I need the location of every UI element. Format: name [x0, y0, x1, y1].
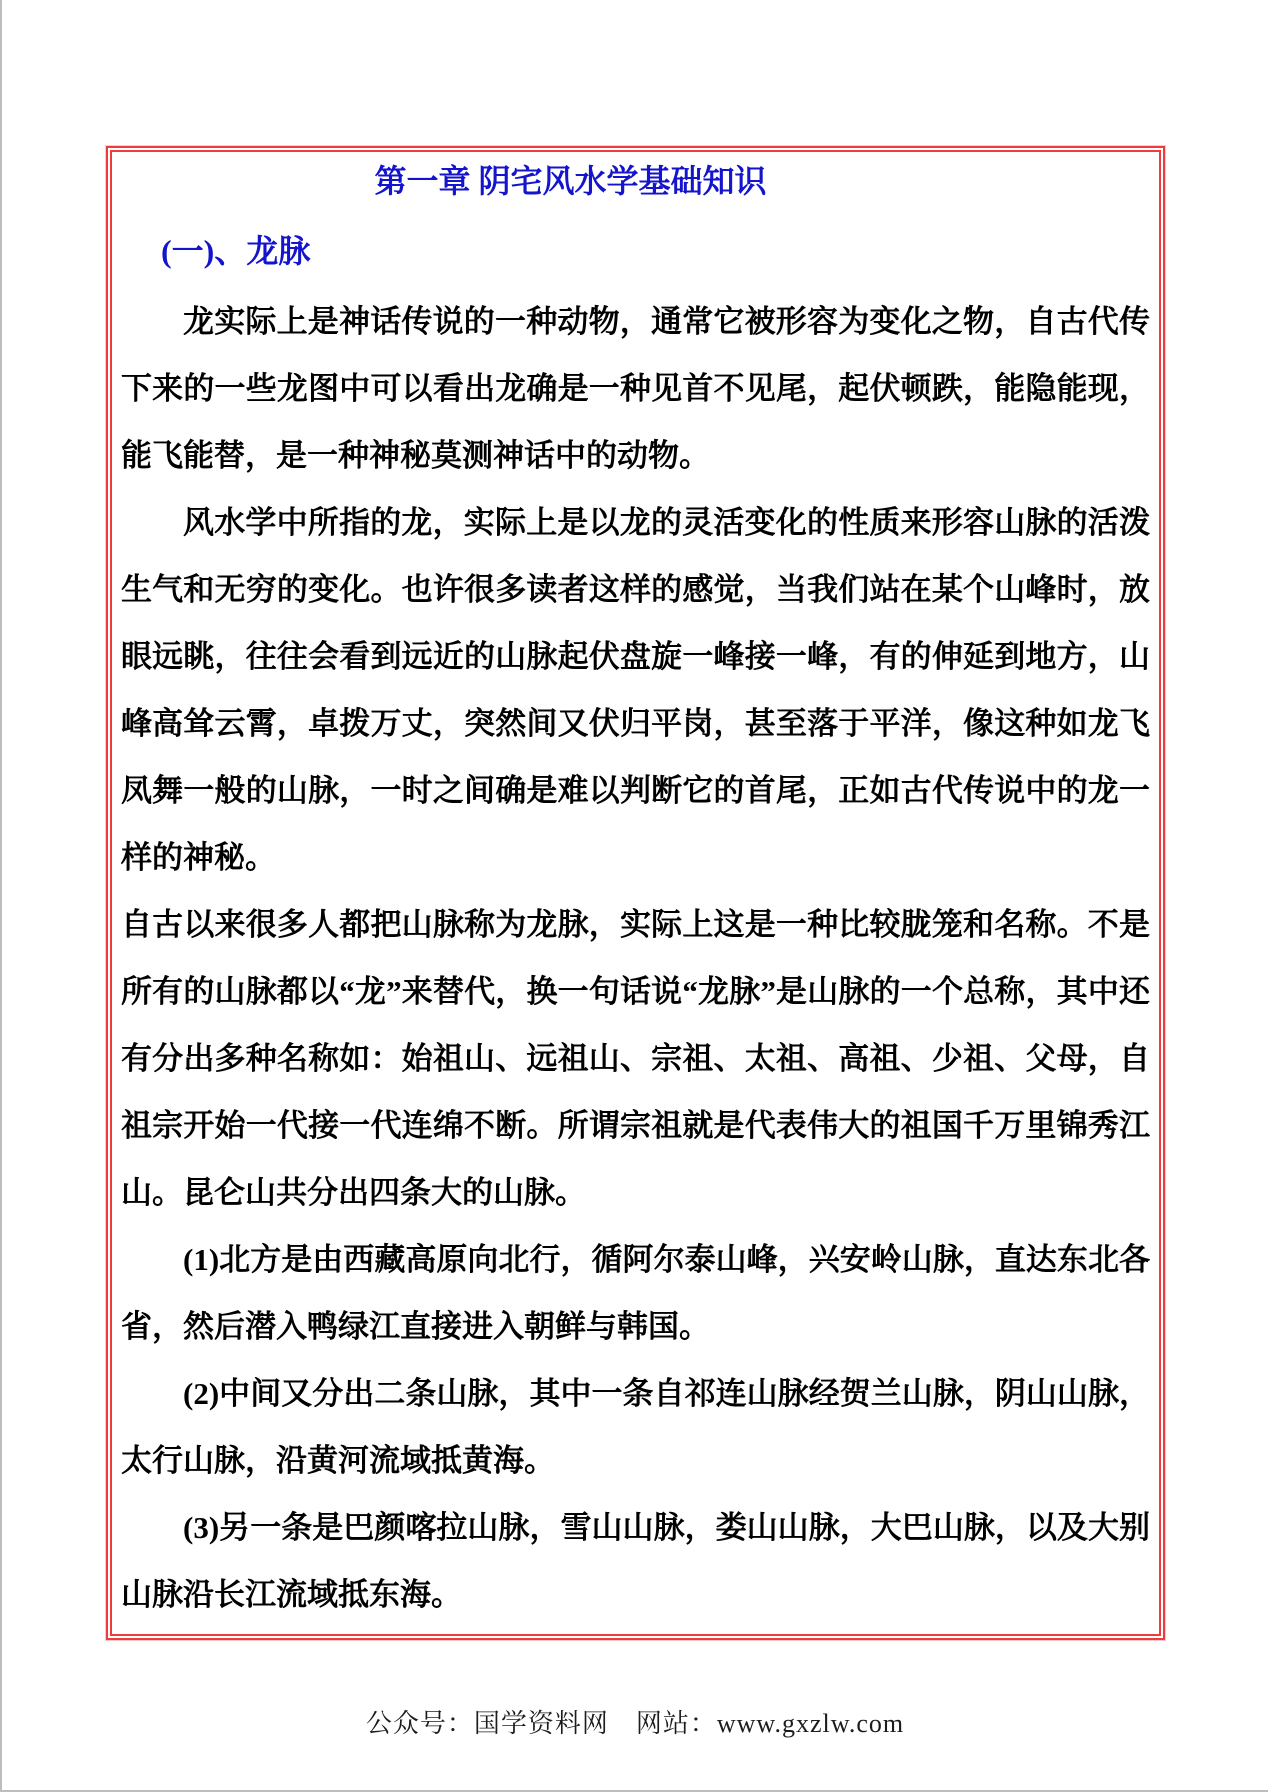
body-paragraph: 风水学中所指的龙，实际上是以龙的灵活变化的性质来形容山脉的活泼生气和无穷的变化。… — [121, 489, 1150, 891]
body-paragraph: (3)另一条是巴颜喀拉山脉，雪山山脉，娄山山脉，大巴山脉，以及大别山脉沿长江流域… — [121, 1494, 1150, 1628]
content-border-box: 第一章 阴宅风水学基础知识 (一)、龙脉 龙实际上是神话传说的一种动物，通常它被… — [106, 146, 1165, 1640]
footer-note: 公众号：国学资料网 网站：www.gxzlw.com — [2, 1706, 1268, 1742]
chapter-title: 第一章 阴宅风水学基础知识 — [121, 158, 1150, 204]
body-paragraph: (2)中间又分出二条山脉，其中一条自祁连山脉经贺兰山脉，阴山山脉，太行山脉，沿黄… — [121, 1360, 1150, 1494]
document-page: 第一章 阴宅风水学基础知识 (一)、龙脉 龙实际上是神话传说的一种动物，通常它被… — [0, 0, 1268, 1792]
body-text: 龙实际上是神话传说的一种动物，通常它被形容为变化之物，自古代传下来的一些龙图中可… — [121, 288, 1150, 1628]
section-heading: (一)、龙脉 — [161, 228, 1150, 274]
body-paragraph: 自古以来很多人都把山脉称为龙脉，实际上这是一种比较胧笼和名称。不是所有的山脉都以… — [121, 891, 1150, 1226]
body-paragraph: (1)北方是由西藏高原向北行，循阿尔泰山峰，兴安岭山脉，直达东北各省，然后潜入鸭… — [121, 1226, 1150, 1360]
body-paragraph: 龙实际上是神话传说的一种动物，通常它被形容为变化之物，自古代传下来的一些龙图中可… — [121, 288, 1150, 489]
